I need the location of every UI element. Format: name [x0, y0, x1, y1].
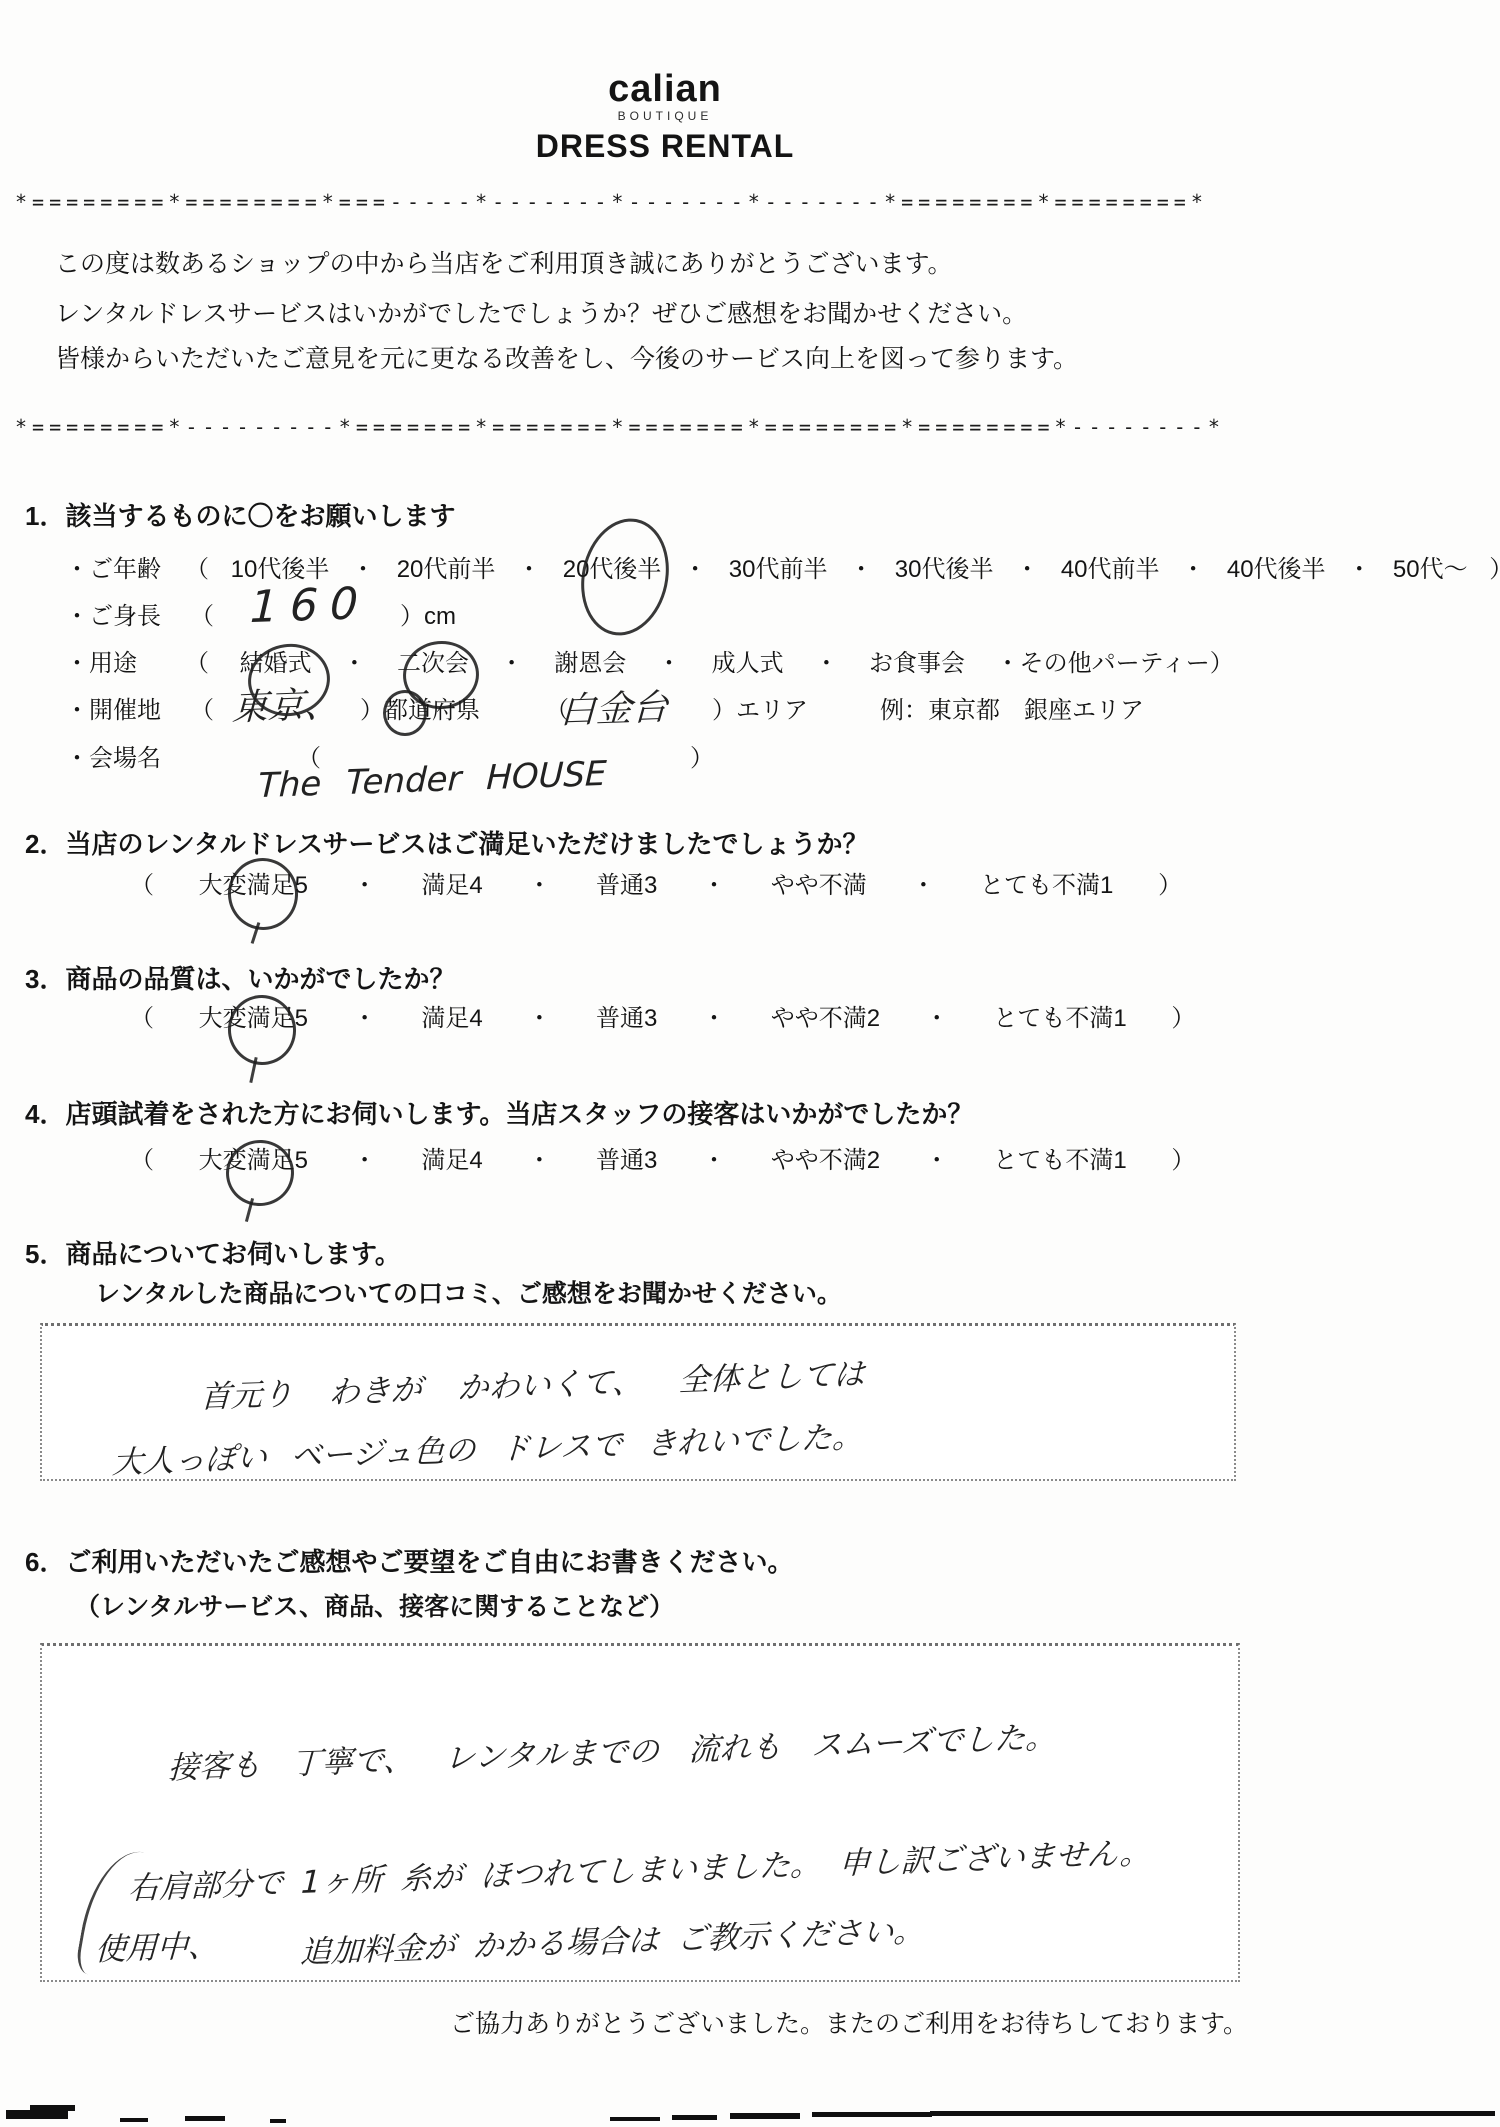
intro-line-2: レンタルドレスサービスはいかがでしたでしょうか？ぜひご感想をお聞かせください。	[55, 300, 1027, 329]
scan-artifact	[185, 2116, 225, 2121]
handwritten-area: 白金台	[559, 679, 669, 734]
handdrawn-circle-q2-very-satisfied	[223, 853, 302, 934]
q5-prompt: レンタルした商品についての口コミ、ご感想をお聞かせください。	[95, 1280, 842, 1309]
handdrawn-circle-to	[383, 690, 427, 736]
separator-bottom: *========*---------*=======*=======*====…	[15, 415, 1225, 439]
form-title: DRESS RENTAL	[0, 128, 1330, 165]
intro-line-3: 皆様からいただいたご意見を元に更なる改善をし、今後のサービス向上を図って参ります…	[55, 345, 1078, 374]
q2-heading: 2．当店のレンタルドレスサービスはご満足いただけましたでしょうか？	[25, 830, 868, 860]
shop-logo-subtitle: BOUTIQUE	[0, 110, 1330, 124]
q1-height-label: ・ご身長	[65, 603, 161, 631]
handdrawn-circle-q3-very-satisfied	[222, 990, 301, 1071]
separator-top: *========*========*===-----*-------*----…	[15, 190, 1208, 214]
handwritten-city: 東京、	[231, 676, 341, 731]
scan-artifact-edge-line	[930, 2111, 1495, 2116]
handdrawn-circle-age-20s-late	[571, 510, 680, 643]
q1-age-options: （ 10代後半 ・ 20代前半 ・ 20代後半 ・ 30代前半 ・ 30代後半 …	[185, 556, 1500, 584]
scan-artifact	[672, 2115, 717, 2120]
scan-artifact	[120, 2118, 148, 2122]
q6-heading: 6．ご利用いただいたご感想やご要望をご自由にお書きください。	[25, 1548, 793, 1578]
handwritten-height-value: 160	[249, 578, 371, 633]
q1-venue-example: 例：東京都 銀座エリア	[880, 697, 1144, 725]
q6-note: （レンタルサービス、商品、接客に関することなど）	[75, 1593, 674, 1622]
q1-purpose-label: ・用途	[65, 650, 137, 678]
shop-logo: calian	[0, 68, 1330, 112]
footer-thanks: ご協力ありがとうございました。またのご利用をお待ちしております。	[450, 2010, 1248, 2039]
scan-artifact	[610, 2117, 660, 2121]
q1-hall-close-paren: ）	[690, 745, 714, 773]
scan-artifact	[812, 2112, 932, 2117]
q5-heading: 5．商品についてお伺いします。	[25, 1240, 401, 1270]
q3-heading: 3．商品の品質は、いかがでしたか？	[25, 965, 455, 995]
q1-area-suffix: ）エリア	[712, 697, 808, 725]
scan-artifact	[270, 2119, 286, 2123]
intro-line-1: この度は数あるショップの中から当店をご利用頂き誠にありがとうございます。	[55, 250, 953, 279]
handwritten-q6-comment-line-3a: 使用中、	[94, 1920, 219, 1969]
scan-artifact	[730, 2113, 800, 2119]
q1-heading: 1．該当するものに〇をお願いします	[25, 502, 455, 532]
q1-venue-open-paren: （	[190, 697, 214, 725]
q1-height-unit: ）cm	[400, 603, 456, 631]
scanned-questionnaire-page: calian BOUTIQUE DRESS RENTAL *========*=…	[0, 0, 1500, 2127]
q1-hall-label: ・会場名	[65, 745, 161, 773]
q1-age-label: ・ご年齢	[65, 556, 161, 584]
scan-artifact	[30, 2105, 75, 2111]
scan-artifact	[6, 2110, 68, 2119]
q4-heading: 4．店頭試着をされた方にお伺いします。当店スタッフの接客はいかがでしたか？	[25, 1100, 973, 1130]
q1-purpose-options: （ 結婚式 ・ 二次会 ・ 謝恩会 ・ 成人式 ・ お食事会 ・その他パーティー…	[185, 650, 1234, 678]
q1-venue-label: ・開催地	[65, 697, 161, 725]
q1-height-open-paren: （	[190, 603, 214, 631]
